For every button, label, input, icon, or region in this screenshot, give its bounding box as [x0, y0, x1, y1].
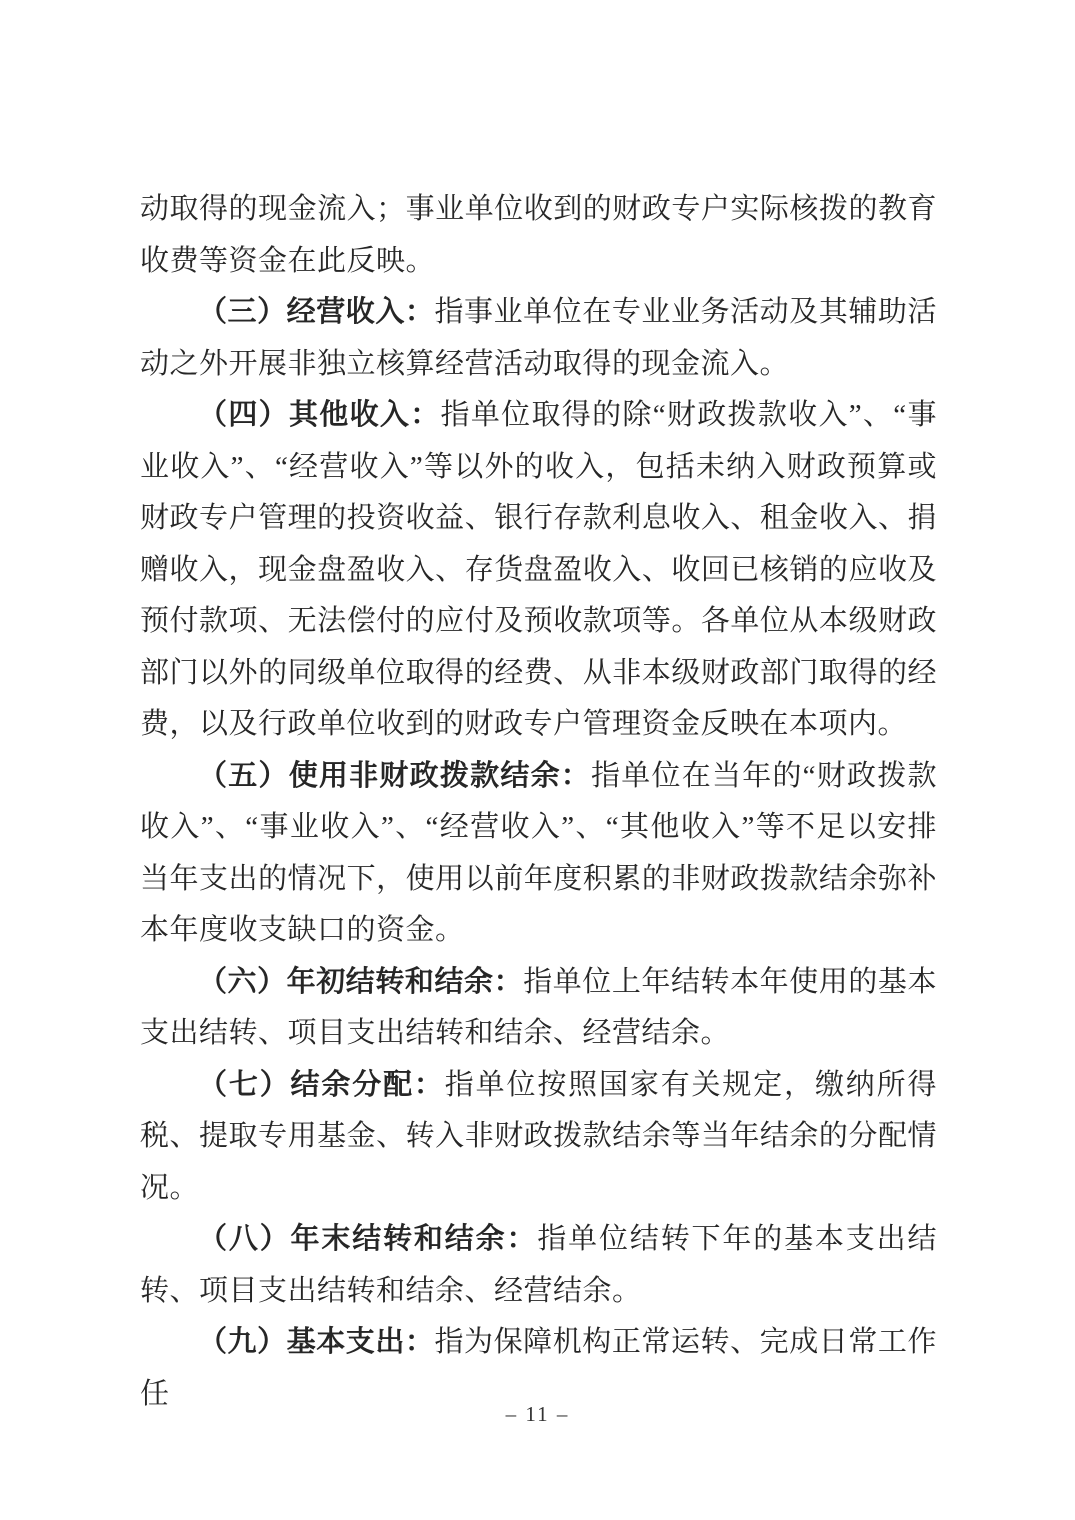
paragraph-heading: （三）经营收入： [198, 296, 435, 328]
paragraph: （七）结余分配：指单位按照国家有关规定，缴纳所得税、提取专用基金、转入非财政拨款… [140, 1060, 937, 1215]
paragraph: （六）年初结转和结余：指单位上年结转本年使用的基本支出结转、项目支出结转和结余、… [140, 957, 937, 1060]
paragraph: （三）经营收入：指事业单位在专业业务活动及其辅助活动之外开展非独立核算经营活动取… [140, 287, 937, 390]
paragraph-heading: （四）其他收入： [198, 399, 441, 431]
paragraph-heading: （六）年初结转和结余： [198, 966, 523, 998]
paragraph-heading: （八）年末结转和结余： [198, 1223, 537, 1255]
paragraph-heading: （九）基本支出： [198, 1326, 435, 1358]
paragraph: （八）年末结转和结余：指单位结转下年的基本支出结转、项目支出结转和结余、经营结余… [140, 1214, 937, 1317]
page-number: – 11 – [0, 1402, 1075, 1427]
paragraph: 动取得的现金流入；事业单位收到的财政专户实际核拨的教育收费等资金在此反映。 [140, 184, 937, 287]
paragraph-heading: （七）结余分配： [198, 1069, 445, 1101]
paragraph-heading: （五）使用非财政拨款结余： [198, 760, 591, 792]
paragraph-body: 指单位取得的除“财政拨款收入”、“事业收入”、“经营收入”等以外的收入，包括未纳… [140, 399, 937, 740]
paragraph: （五）使用非财政拨款结余：指单位在当年的“财政拨款收入”、“事业收入”、“经营收… [140, 751, 937, 957]
document-page: 动取得的现金流入；事业单位收到的财政专户实际核拨的教育收费等资金在此反映。 （三… [0, 0, 1075, 1520]
document-body-text: 动取得的现金流入；事业单位收到的财政专户实际核拨的教育收费等资金在此反映。 （三… [140, 184, 937, 1420]
paragraph: （四）其他收入：指单位取得的除“财政拨款收入”、“事业收入”、“经营收入”等以外… [140, 390, 937, 751]
paragraph-body: 动取得的现金流入；事业单位收到的财政专户实际核拨的教育收费等资金在此反映。 [140, 193, 937, 277]
